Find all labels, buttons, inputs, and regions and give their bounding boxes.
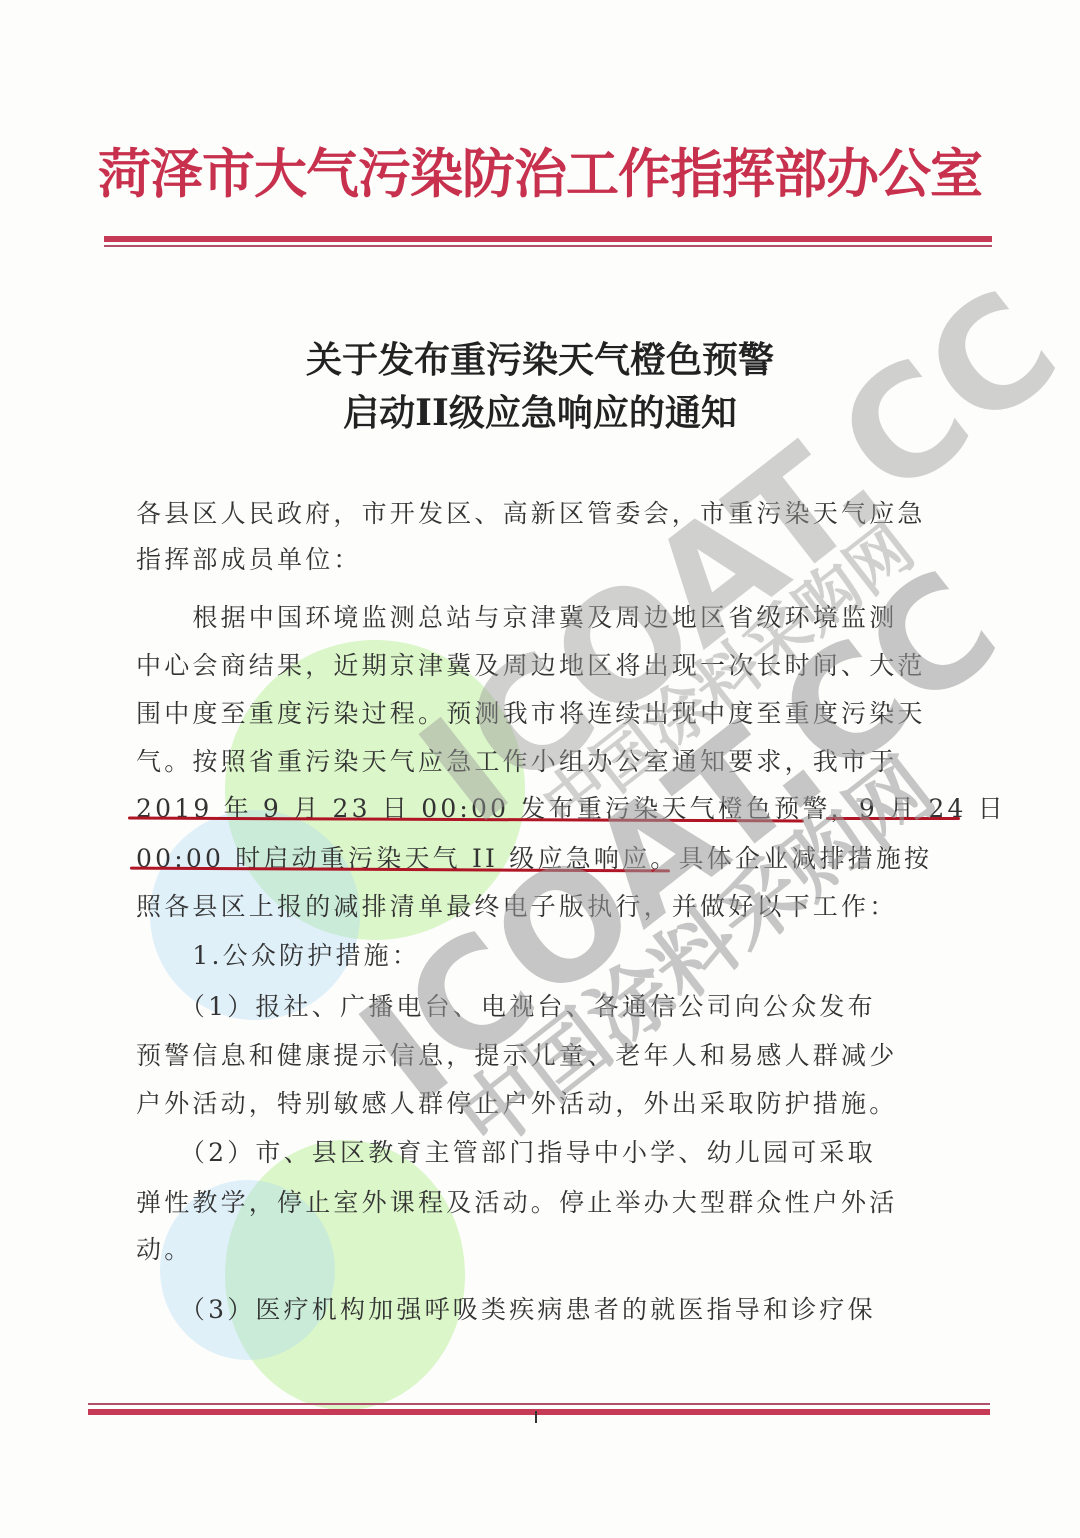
- footer-red-rule: [88, 1409, 990, 1415]
- footer-thin-rule: [88, 1403, 990, 1405]
- header-thin-rule: [104, 245, 992, 247]
- header-red-rule: [104, 236, 992, 242]
- issuing-office-title: 菏泽市大气污染防治工作指挥部办公室: [0, 132, 1080, 208]
- body-line: 弹性教学，停止室外课程及活动。停止举办大型群众性户外活: [136, 1183, 897, 1219]
- body-line: 指挥部成员单位：: [136, 540, 362, 576]
- body-line: （3）医疗机构加强呼吸类疾病患者的就医指导和诊疗保: [136, 1290, 876, 1326]
- body-line: 动。: [136, 1230, 192, 1266]
- page-marker: [535, 1411, 537, 1423]
